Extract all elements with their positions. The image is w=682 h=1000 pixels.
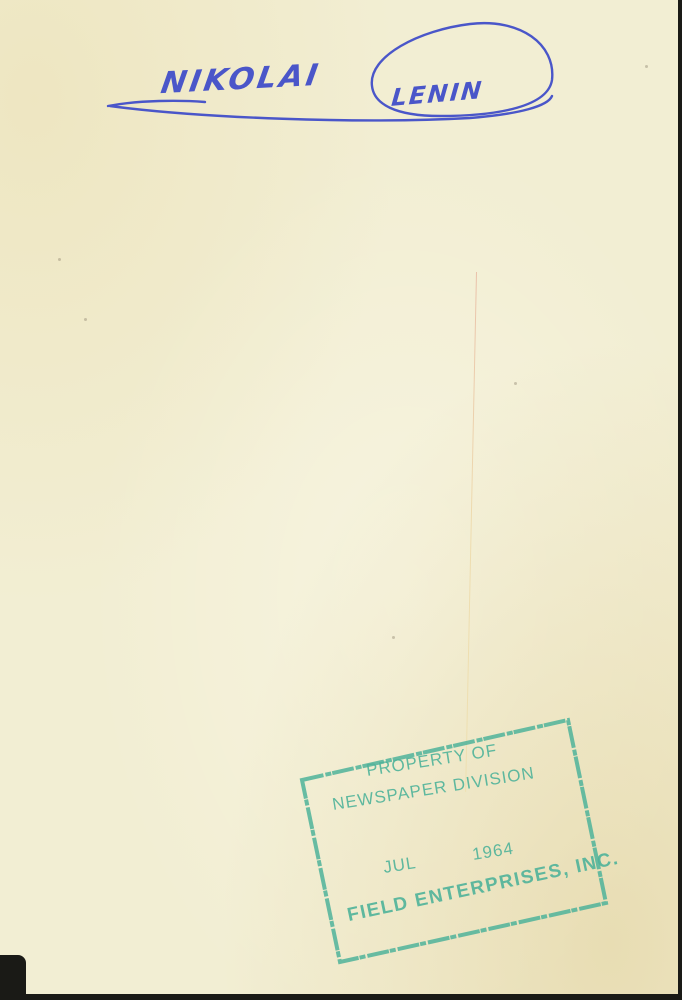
paper-speck xyxy=(514,382,517,385)
paper-speck xyxy=(58,258,61,261)
corner-notch xyxy=(0,955,26,1000)
paper-speck xyxy=(84,318,87,321)
handwriting-strokes xyxy=(0,0,682,160)
paper-speck xyxy=(392,636,395,639)
